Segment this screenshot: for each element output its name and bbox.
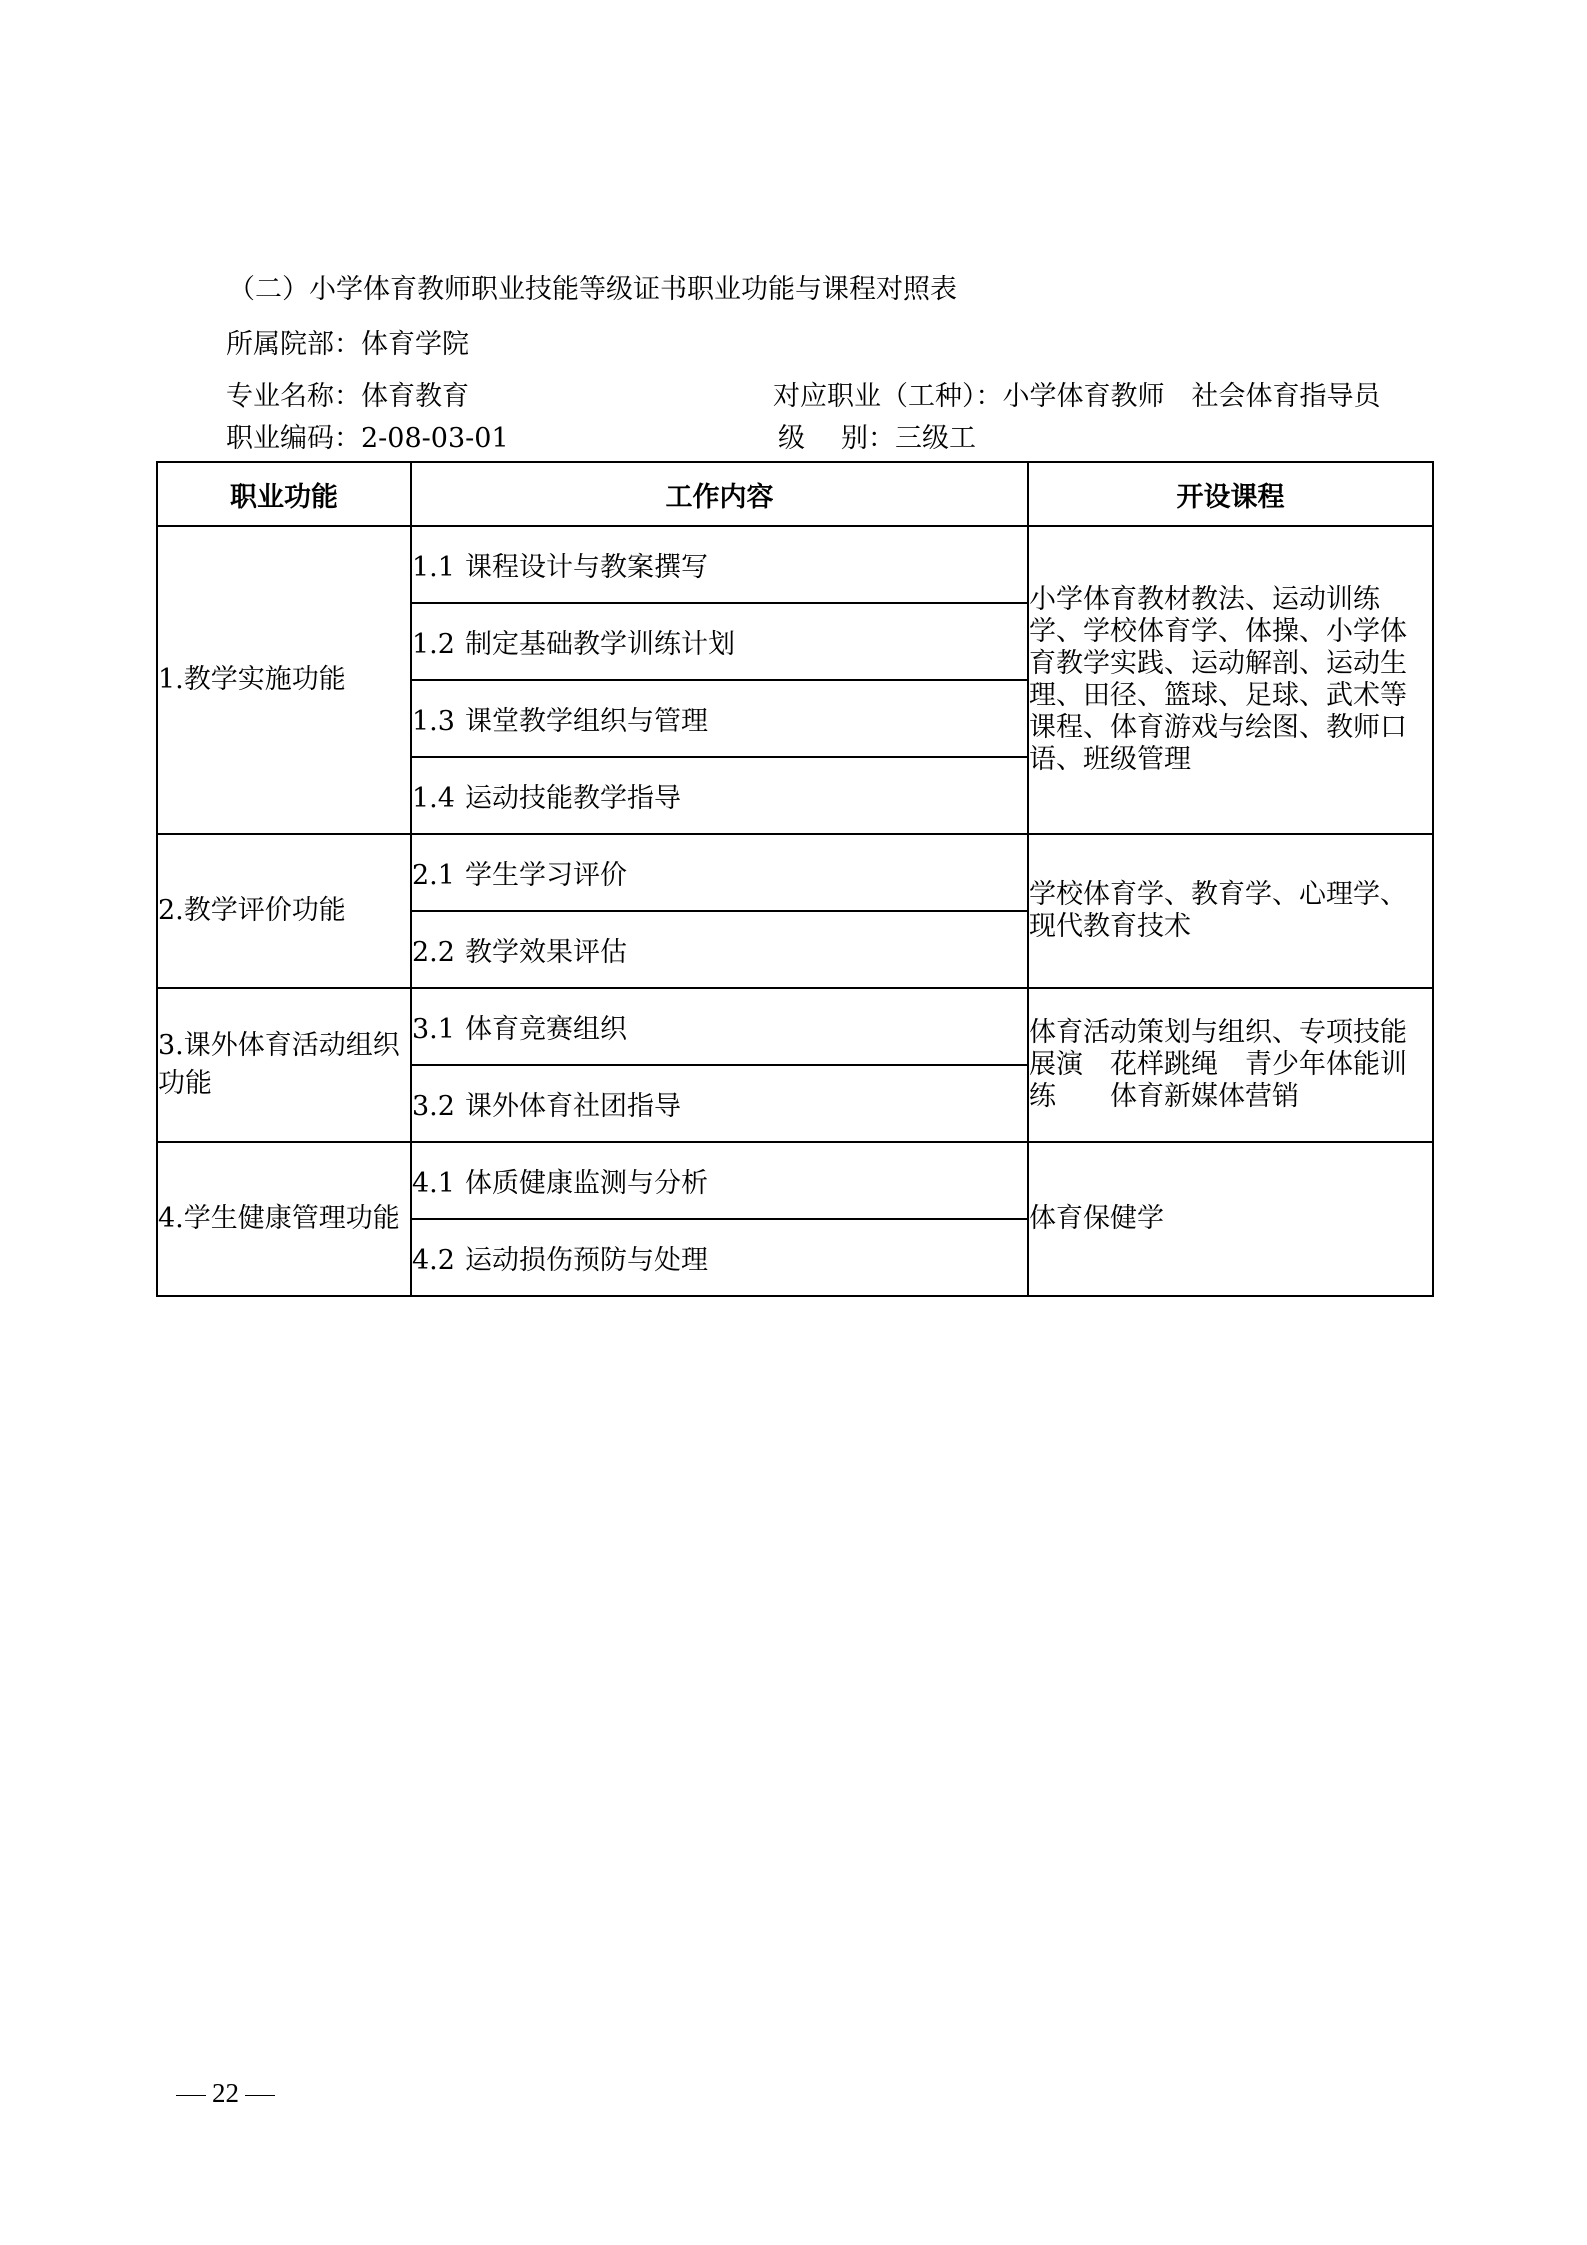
occupation-value: 小学体育教师 社会体育指导员 [1003,381,1381,412]
work-cell: 4.2运动损伤预防与处理 [411,1219,1028,1296]
work-text: 运动技能教学指导 [465,783,681,814]
major-value: 体育教育 [361,381,469,412]
work-text: 课外体育社团指导 [465,1091,681,1122]
work-text: 课程设计与教案撰写 [465,552,708,583]
work-cell: 1.4运动技能教学指导 [411,757,1028,834]
work-number: 1.4 [412,783,455,814]
course-cell: 学校体育学、教育学、心理学、现代教育技术 [1028,834,1433,988]
course-cell: 体育活动策划与组织、专项技能展演 花样跳绳 青少年体能训练 体育新媒体营销 [1028,988,1433,1142]
column-header-function: 职业功能 [157,462,411,526]
page-number-value: 22 [212,2078,239,2108]
work-number: 1.1 [412,552,455,583]
work-cell: 1.1课程设计与教案撰写 [411,526,1028,603]
major-line: 专业名称：体育教育 [226,380,469,414]
major-label: 专业名称： [226,381,361,412]
function-cell: 1.教学实施功能 [157,526,411,834]
work-number: 3.2 [412,1091,455,1122]
level-label-1: 级 [778,423,805,454]
work-number: 2.2 [412,937,455,968]
course-cell: 小学体育教材教法、运动训练学、学校体育学、体操、小学体育教学实践、运动解剖、运动… [1028,526,1433,834]
work-number: 2.1 [412,860,455,891]
function-cell: 2.教学评价功能 [157,834,411,988]
work-text: 体质健康监测与分析 [465,1168,708,1199]
work-number: 3.1 [412,1014,455,1045]
code-value: 2-08-03-01 [361,423,509,454]
work-cell: 3.2课外体育社团指导 [411,1065,1028,1142]
work-cell: 1.3课堂教学组织与管理 [411,680,1028,757]
level-label-2: 别： [841,423,895,454]
code-line: 职业编码：2-08-03-01 [226,422,509,456]
level-line: 级别：三级工 [778,422,976,456]
function-cell: 3.课外体育活动组织功能 [157,988,411,1142]
work-cell: 2.1学生学习评价 [411,834,1028,911]
department-value: 体育学院 [361,329,469,360]
column-header-work: 工作内容 [411,462,1028,526]
occupation-label: 对应职业（工种）： [773,381,1003,412]
work-number: 4.1 [412,1168,455,1199]
level-value: 三级工 [895,423,976,454]
work-cell: 2.2教学效果评估 [411,911,1028,988]
code-label: 职业编码： [226,423,361,454]
table-row: 2.教学评价功能 2.1学生学习评价 学校体育学、教育学、心理学、现代教育技术 [157,834,1433,911]
table-row: 4.学生健康管理功能 4.1体质健康监测与分析 体育保健学 [157,1142,1433,1219]
table-row: 1.教学实施功能 1.1课程设计与教案撰写 小学体育教材教法、运动训练学、学校体… [157,526,1433,603]
table-header-row: 职业功能 工作内容 开设课程 [157,462,1433,526]
work-number: 1.2 [412,629,455,660]
work-text: 学生学习评价 [465,860,627,891]
work-text: 体育竞赛组织 [465,1014,627,1045]
work-cell: 3.1体育竞赛组织 [411,988,1028,1065]
work-text: 运动损伤预防与处理 [465,1245,708,1276]
work-cell: 4.1体质健康监测与分析 [411,1142,1028,1219]
function-cell: 4.学生健康管理功能 [157,1142,411,1296]
work-number: 1.3 [412,706,455,737]
department-line: 所属院部：体育学院 [226,328,469,362]
function-course-table: 职业功能 工作内容 开设课程 1.教学实施功能 1.1课程设计与教案撰写 小学体… [156,461,1434,1297]
work-text: 教学效果评估 [465,937,627,968]
occupation-line: 对应职业（工种）：小学体育教师 社会体育指导员 [773,380,1381,414]
table-row: 3.课外体育活动组织功能 3.1体育竞赛组织 体育活动策划与组织、专项技能展演 … [157,988,1433,1065]
work-text: 制定基础教学训练计划 [465,629,735,660]
document-title: （二）小学体育教师职业技能等级证书职业功能与课程对照表 [228,273,957,307]
work-number: 4.2 [412,1245,455,1276]
work-cell: 1.2制定基础教学训练计划 [411,603,1028,680]
work-text: 课堂教学组织与管理 [465,706,708,737]
dash-right [245,2095,275,2096]
course-cell: 体育保健学 [1028,1142,1433,1296]
dash-left [176,2095,206,2096]
page-number: 22 [170,2078,281,2109]
department-label: 所属院部： [226,329,361,360]
column-header-courses: 开设课程 [1028,462,1433,526]
